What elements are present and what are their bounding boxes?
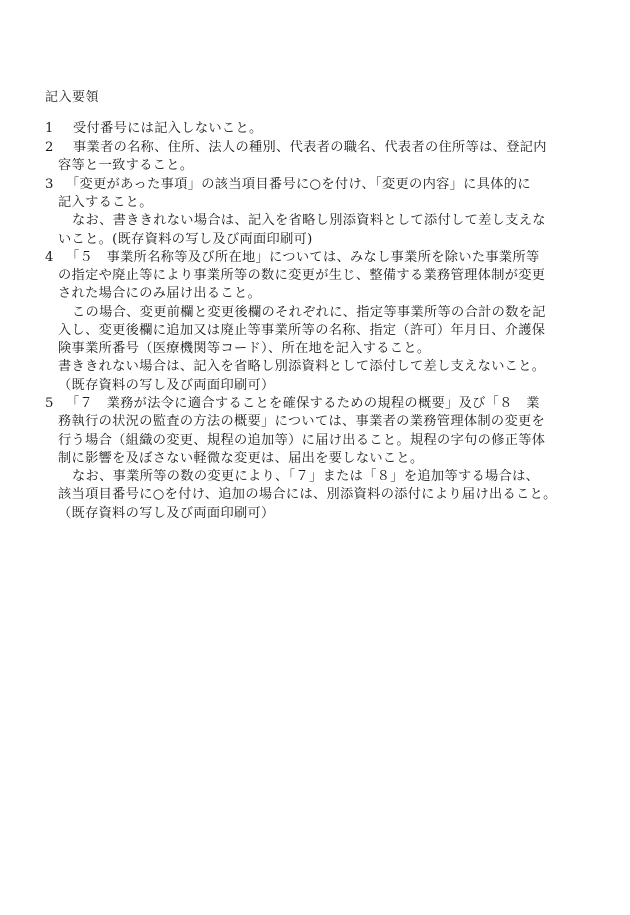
item-line: された場合にのみ届け出ること。: [58, 285, 261, 303]
item-line: 制に影響を及ぼさない軽微な変更は、届出を要しないこと。: [58, 450, 424, 468]
item-number: 4: [45, 249, 53, 267]
item-line: 「５ 事業所名称等及び所在地」については、みなし事業所を除いた事業所等: [66, 249, 540, 267]
item-line: （既存資料の写し及び両面印刷可）: [58, 505, 275, 523]
item-line: 該当項目番号に○を付け、追加の場合には、別添資料の添付により届け出ること。: [58, 486, 557, 504]
item-line: なお、事業所等の数の変更により、「７」または「８」を追加等する場合は、: [72, 468, 539, 486]
item-line: の指定や廃止等により事業所等の数に変更が生じ、整備する業務管理体制が変更: [58, 267, 545, 285]
item-line: この場合、変更前欄と変更後欄のそれぞれに、指定等事業所等の合計の数を記: [72, 304, 546, 322]
item-number: 3: [45, 176, 53, 194]
item-line: 事業者の名称、住所、法人の種別、代表者の職名、代表者の住所等は、登記内: [73, 139, 547, 157]
item-line: いこと。(既存資料の写し及び両面印刷可): [58, 231, 313, 249]
item-line: 受付番号には記入しないこと。: [73, 120, 263, 138]
item-line: 入し、変更後欄に追加又は廃止等事業所等の名称、指定（許可）年月日、介護保: [58, 322, 545, 340]
item-number: 2: [45, 139, 53, 157]
document-title: 記入要領: [45, 86, 99, 105]
item-line: 行う場合（組織の変更、規程の追加等）に届け出ること。規程の字句の修正等体: [58, 432, 545, 450]
item-line: 容等と一致すること。: [58, 157, 193, 175]
item-line: 険事業所番号（医療機関等コード）、所在地を記入すること。: [58, 340, 430, 358]
item-line: 書ききれない場合は、記入を省略し別添資料として添付して差し支えないこと。: [58, 358, 545, 376]
item-line: （既存資料の写し及び両面印刷可）: [58, 377, 275, 395]
item-line: 記入すること。: [58, 194, 153, 212]
item-line: 務執行の状況の監査の方法の概要」については、事業者の業務管理体制の変更を: [58, 413, 545, 431]
item-number: 1: [45, 120, 53, 138]
item-line: 「７ 業務が法令に適合することを確保するための規程の概要」及び「８ 業: [66, 395, 540, 413]
item-line: 「変更があった事項」の該当項目番号に○を付け、「変更の内容」に具体的に: [66, 176, 531, 194]
item-line: なお、書ききれない場合は、記入を省略し別添資料として添付して差し支えな: [72, 212, 546, 230]
item-number: 5: [45, 395, 53, 413]
